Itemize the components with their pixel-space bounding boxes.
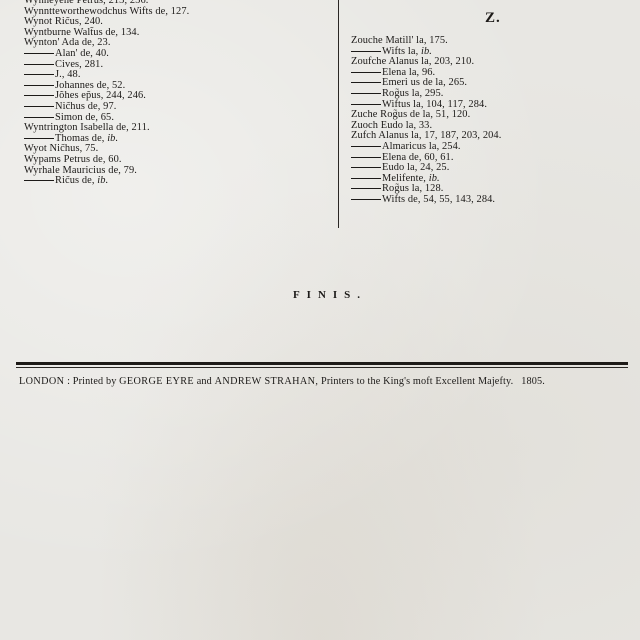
entry-page-refs: 79. — [121, 165, 137, 176]
imprint-rule-thick — [16, 362, 628, 365]
ditto-dash — [351, 199, 381, 200]
entry-page-refs: 128. — [422, 183, 443, 194]
entry-page-refs: 244, 246. — [103, 90, 146, 101]
entry-name: Wyntburne Walt̃us de, — [24, 27, 118, 38]
imprint-printed-by: Printed by — [73, 376, 119, 387]
entry-name: Ric̃us de, — [55, 175, 95, 186]
entry-name: J., — [55, 69, 65, 80]
ditto-dash — [351, 51, 381, 52]
entry-page-refs: 134. — [118, 27, 139, 38]
imprint-rule-thin — [16, 367, 628, 368]
entry-name: Zoufche Alanus la, — [351, 56, 432, 67]
entry-page-refs: 60. — [106, 154, 122, 165]
entry-page-refs: 75. — [82, 143, 98, 154]
ditto-dash — [351, 178, 381, 179]
imprint-printer-2: ANDREW STRAHAN, — [215, 376, 319, 387]
entry-page-refs: 17, 187, 203, 204. — [422, 130, 502, 141]
entry-page-refs: 295. — [422, 88, 443, 99]
entry-page-refs: 127. — [168, 6, 189, 17]
imprint-line: LONDON : Printed by GEORGE EYRE and ANDR… — [19, 376, 631, 387]
ditto-dash — [24, 64, 54, 65]
ditto-dash — [24, 138, 54, 139]
entry-page-refs: 40. — [93, 48, 109, 59]
ditto-dash — [24, 106, 54, 107]
entry-name: Zouche Matill' la, — [351, 35, 427, 46]
ditto-dash — [24, 180, 54, 181]
entry-page-refs: 97. — [100, 101, 116, 112]
index-subentry: Ric̃us de, ib. — [24, 176, 324, 187]
ditto-dash — [351, 93, 381, 94]
ditto-dash — [351, 104, 381, 105]
entry-ibid: ib. — [97, 175, 108, 186]
entry-name: Zufch Alanus la, — [351, 130, 422, 141]
ditto-dash — [351, 146, 381, 147]
entry-name: Wypams Petrus de, — [24, 154, 106, 165]
entry-name: Cives, — [55, 59, 82, 70]
entry-page-refs: 265. — [446, 77, 467, 88]
entry-name: Wyrhale Mauricius de, — [24, 165, 121, 176]
index-column-left: Wynneyene Petrus, 213, 256.Wynntteworthe… — [24, 0, 324, 187]
entry-page-refs: 33. — [416, 120, 432, 131]
entry-page-refs: 96. — [419, 67, 435, 78]
imprint-year: 1805. — [521, 376, 545, 387]
ditto-dash — [24, 85, 54, 86]
entry-name: Alan' de, — [55, 48, 93, 59]
entry-name: Wyntrington Isabella de, — [24, 122, 129, 133]
entry-ibid: ib. — [107, 133, 118, 144]
entry-page-refs: 104, 117, 284. — [424, 99, 487, 110]
finis-heading: FINIS. — [0, 289, 640, 301]
entry-name: Wifts de, — [382, 194, 421, 205]
index-subentry: Wifts de, 54, 55, 143, 284. — [351, 195, 611, 206]
entry-name: Emeri us de la, — [382, 77, 446, 88]
entry-name: Simon de, — [55, 112, 98, 123]
index-column-right: Zouche Matill' la, 175.Wifts la, ib.Zouf… — [351, 36, 611, 206]
imprint-printer-1: GEORGE EYRE — [119, 376, 194, 387]
ditto-dash — [351, 82, 381, 83]
entry-name: Nic̃hus de, — [55, 101, 100, 112]
entry-name: Wynot Ric̃us, — [24, 16, 82, 27]
ditto-dash — [351, 188, 381, 189]
ditto-dash — [351, 157, 381, 158]
imprint-place: LONDON — [19, 376, 64, 387]
ditto-dash — [24, 95, 54, 96]
imprint-separator: : — [64, 376, 72, 387]
entry-name: Elena la, — [382, 67, 419, 78]
imprint-title: Printers to the King's moft Excellent Ma… — [318, 376, 513, 387]
column-divider — [338, 0, 339, 228]
entry-name: Zuoch Eudo la, — [351, 120, 416, 131]
entry-name: Rog̃us la, — [382, 88, 422, 99]
entry-page-refs: 51, 120. — [433, 109, 470, 120]
entry-name: Zuche Rog̃us de la, — [351, 109, 433, 120]
entry-page-refs: 281. — [82, 59, 103, 70]
section-letter-heading: Z. — [485, 10, 501, 27]
entry-name: Elena de, — [382, 152, 422, 163]
entry-name: Almaricus la, — [382, 141, 439, 152]
entry-name: Wyot Nic̃hus, — [24, 143, 82, 154]
entry-name: Wifts la, — [382, 46, 418, 57]
entry-page-refs: 54, 55, 143, 284. — [421, 194, 496, 205]
entry-name: Wynntteworthewodchus Wifts de, — [24, 6, 168, 17]
entry-page-refs: 24, 25. — [417, 162, 449, 173]
entry-page-refs: 240. — [82, 16, 103, 27]
entry-ibid: ib. — [421, 46, 432, 57]
entry-page-refs: 65. — [98, 112, 114, 123]
entry-page-refs: 23. — [95, 37, 111, 48]
entry-page-refs: 48. — [65, 69, 81, 80]
entry-name: Rog̃us la, — [382, 183, 422, 194]
entry-page-refs: 203, 210. — [432, 56, 475, 67]
entry-name: Eudo la, — [382, 162, 417, 173]
entry-page-refs: 211. — [129, 122, 150, 133]
entry-page-refs: 254. — [439, 141, 460, 152]
ditto-dash — [351, 167, 381, 168]
imprint-and: and — [194, 376, 215, 387]
entry-page-refs: 60, 61. — [422, 152, 454, 163]
entry-page-refs: 175. — [427, 35, 448, 46]
entry-name: Jõhes ep̃us, — [55, 90, 103, 101]
ditto-dash — [24, 117, 54, 118]
entry-name: Wynton' Ada de, — [24, 37, 95, 48]
entry-name: Wiftus la, — [382, 99, 424, 110]
ditto-dash — [24, 74, 54, 75]
ditto-dash — [24, 53, 54, 54]
ditto-dash — [351, 72, 381, 73]
